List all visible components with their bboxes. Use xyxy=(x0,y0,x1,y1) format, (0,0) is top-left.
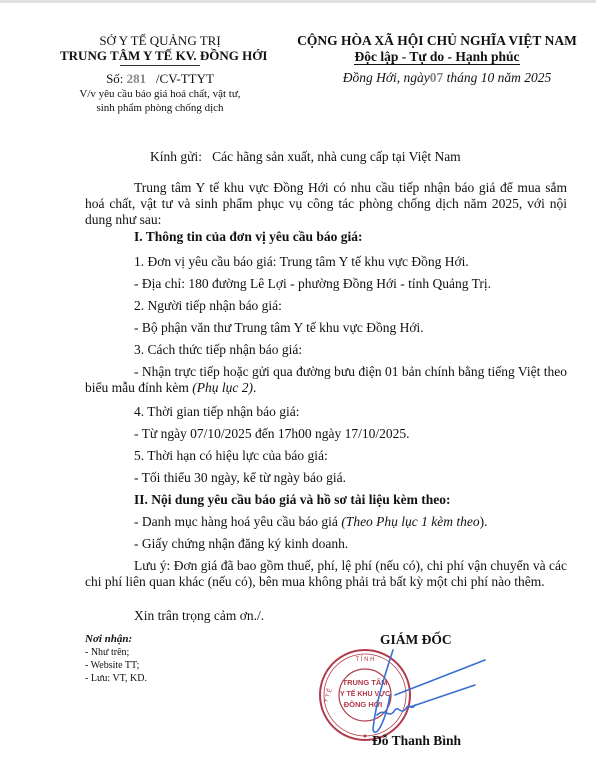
subject-line-1: V/v yêu cầu báo giá hoá chất, vật tư, xyxy=(60,87,260,101)
recipients-block: Nơi nhận: - Như trên; - Website TT; - Lư… xyxy=(85,633,147,685)
section2-title: II. Nội dung yêu cầu báo giá và hồ sơ tà… xyxy=(134,492,451,508)
signer-name: Đỗ Thanh Bình xyxy=(372,733,461,749)
list-end: ). xyxy=(480,514,488,529)
list-ref: (Theo Phụ lục 1 kèm theo xyxy=(341,514,479,529)
date-suffix: tháng 10 năm 2025 xyxy=(447,70,552,85)
note-paragraph: Lưu ý: Đơn giá đã bao gồm thuế, phí, lệ … xyxy=(85,558,567,590)
section1-item5: 5. Thời hạn có hiệu lực của báo giá: xyxy=(134,448,328,464)
note-text: Lưu ý: Đơn giá đã bao gồm thuế, phí, lệ … xyxy=(85,558,567,590)
closing-line: Xin trân trọng cảm ơn./. xyxy=(134,608,264,624)
section1-address: - Địa chỉ: 180 đường Lê Lợi - phường Đồn… xyxy=(134,276,491,292)
svg-text:Y TẾ KHU VỰC: Y TẾ KHU VỰC xyxy=(340,688,390,698)
subject-line-2: sinh phẩm phòng chống dịch xyxy=(60,101,260,115)
recipient-value: Các hãng sản xuất, nhà cung cấp tại Việt… xyxy=(212,149,461,164)
doc-number-prefix: Số: xyxy=(106,71,123,86)
header-left: SỞ Y TẾ QUẢNG TRỊ TRUNG TÂM Y TẾ KV. ĐỒN… xyxy=(60,33,260,115)
section1-validity: - Tối thiểu 30 ngày, kể từ ngày báo giá. xyxy=(134,470,346,486)
document-number: Số: 281 /CV-TTYT xyxy=(60,71,260,87)
section1-method: - Nhận trực tiếp hoặc gửi qua đường bưu … xyxy=(85,364,567,396)
method-ref: (Phụ lục 2) xyxy=(192,380,253,395)
section1-item2: 2. Người tiếp nhận báo giá: xyxy=(134,298,282,314)
doc-number-suffix: /CV-TTYT xyxy=(156,71,214,86)
viewer-top-edge xyxy=(0,0,596,3)
doc-number-value: 281 xyxy=(127,71,147,86)
section1-receiver: - Bộ phận văn thư Trung tâm Y tế khu vực… xyxy=(134,320,424,336)
recipient-line: Kính gửi: Các hãng sản xuất, nhà cung cấ… xyxy=(150,149,461,165)
recipients-item: - Như trên; xyxy=(85,646,147,659)
section1-time: - Từ ngày 07/10/2025 đến 17h00 ngày 17/1… xyxy=(134,426,410,442)
method-end: . xyxy=(253,380,256,395)
svg-text:T Ỉ N H: T Ỉ N H xyxy=(356,656,375,663)
header-divider xyxy=(120,65,200,66)
intro-text: Trung tâm Y tế khu vực Đồng Hới có nhu c… xyxy=(85,180,567,228)
recipients-title: Nơi nhận: xyxy=(85,633,147,646)
date-prefix: Đồng Hới, ngày xyxy=(343,70,430,85)
recipient-label: Kính gửi: xyxy=(150,149,202,164)
motto: Độc lập - Tự do - Hạnh phúc xyxy=(282,49,592,65)
section2-list: - Danh mục hàng hoá yêu cầu báo giá (The… xyxy=(134,514,488,530)
section1-title: I. Thông tin của đơn vị yêu cầu báo giá: xyxy=(134,229,363,245)
recipients-item: - Website TT; xyxy=(85,659,147,672)
section1-item3: 3. Cách thức tiếp nhận báo giá: xyxy=(134,342,302,358)
method-text: - Nhận trực tiếp hoặc gửi qua đường bưu … xyxy=(85,364,567,395)
section1-item1: 1. Đơn vị yêu cầu báo giá: Trung tâm Y t… xyxy=(134,254,469,270)
nation-title: CỘNG HÒA XÃ HỘI CHỦ NGHĨA VIỆT NAM xyxy=(282,33,592,49)
document-date: Đồng Hới, ngày07 tháng 10 năm 2025 xyxy=(302,70,592,86)
intro-paragraph: Trung tâm Y tế khu vực Đồng Hới có nhu c… xyxy=(85,180,567,228)
section2-license: - Giấy chứng nhận đăng ký kinh doanh. xyxy=(134,536,348,552)
recipients-item: - Lưu: VT, KD. xyxy=(85,672,147,685)
header-right: CỘNG HÒA XÃ HỘI CHỦ NGHĨA VIỆT NAM Độc l… xyxy=(282,33,592,86)
date-day: 07 xyxy=(430,70,444,85)
svg-text:TRUNG TÂM: TRUNG TÂM xyxy=(343,678,388,687)
section1-item4: 4. Thời gian tiếp nhận báo giá: xyxy=(134,404,299,420)
department-name: SỞ Y TẾ QUẢNG TRỊ xyxy=(60,33,260,48)
motto-text: Độc lập - Tự do - Hạnh phúc xyxy=(354,49,519,65)
list-prefix: - Danh mục hàng hoá yêu cầu báo giá xyxy=(134,514,338,529)
organization-name: TRUNG TÂM Y TẾ KV. ĐỒNG HỚI xyxy=(60,48,260,63)
